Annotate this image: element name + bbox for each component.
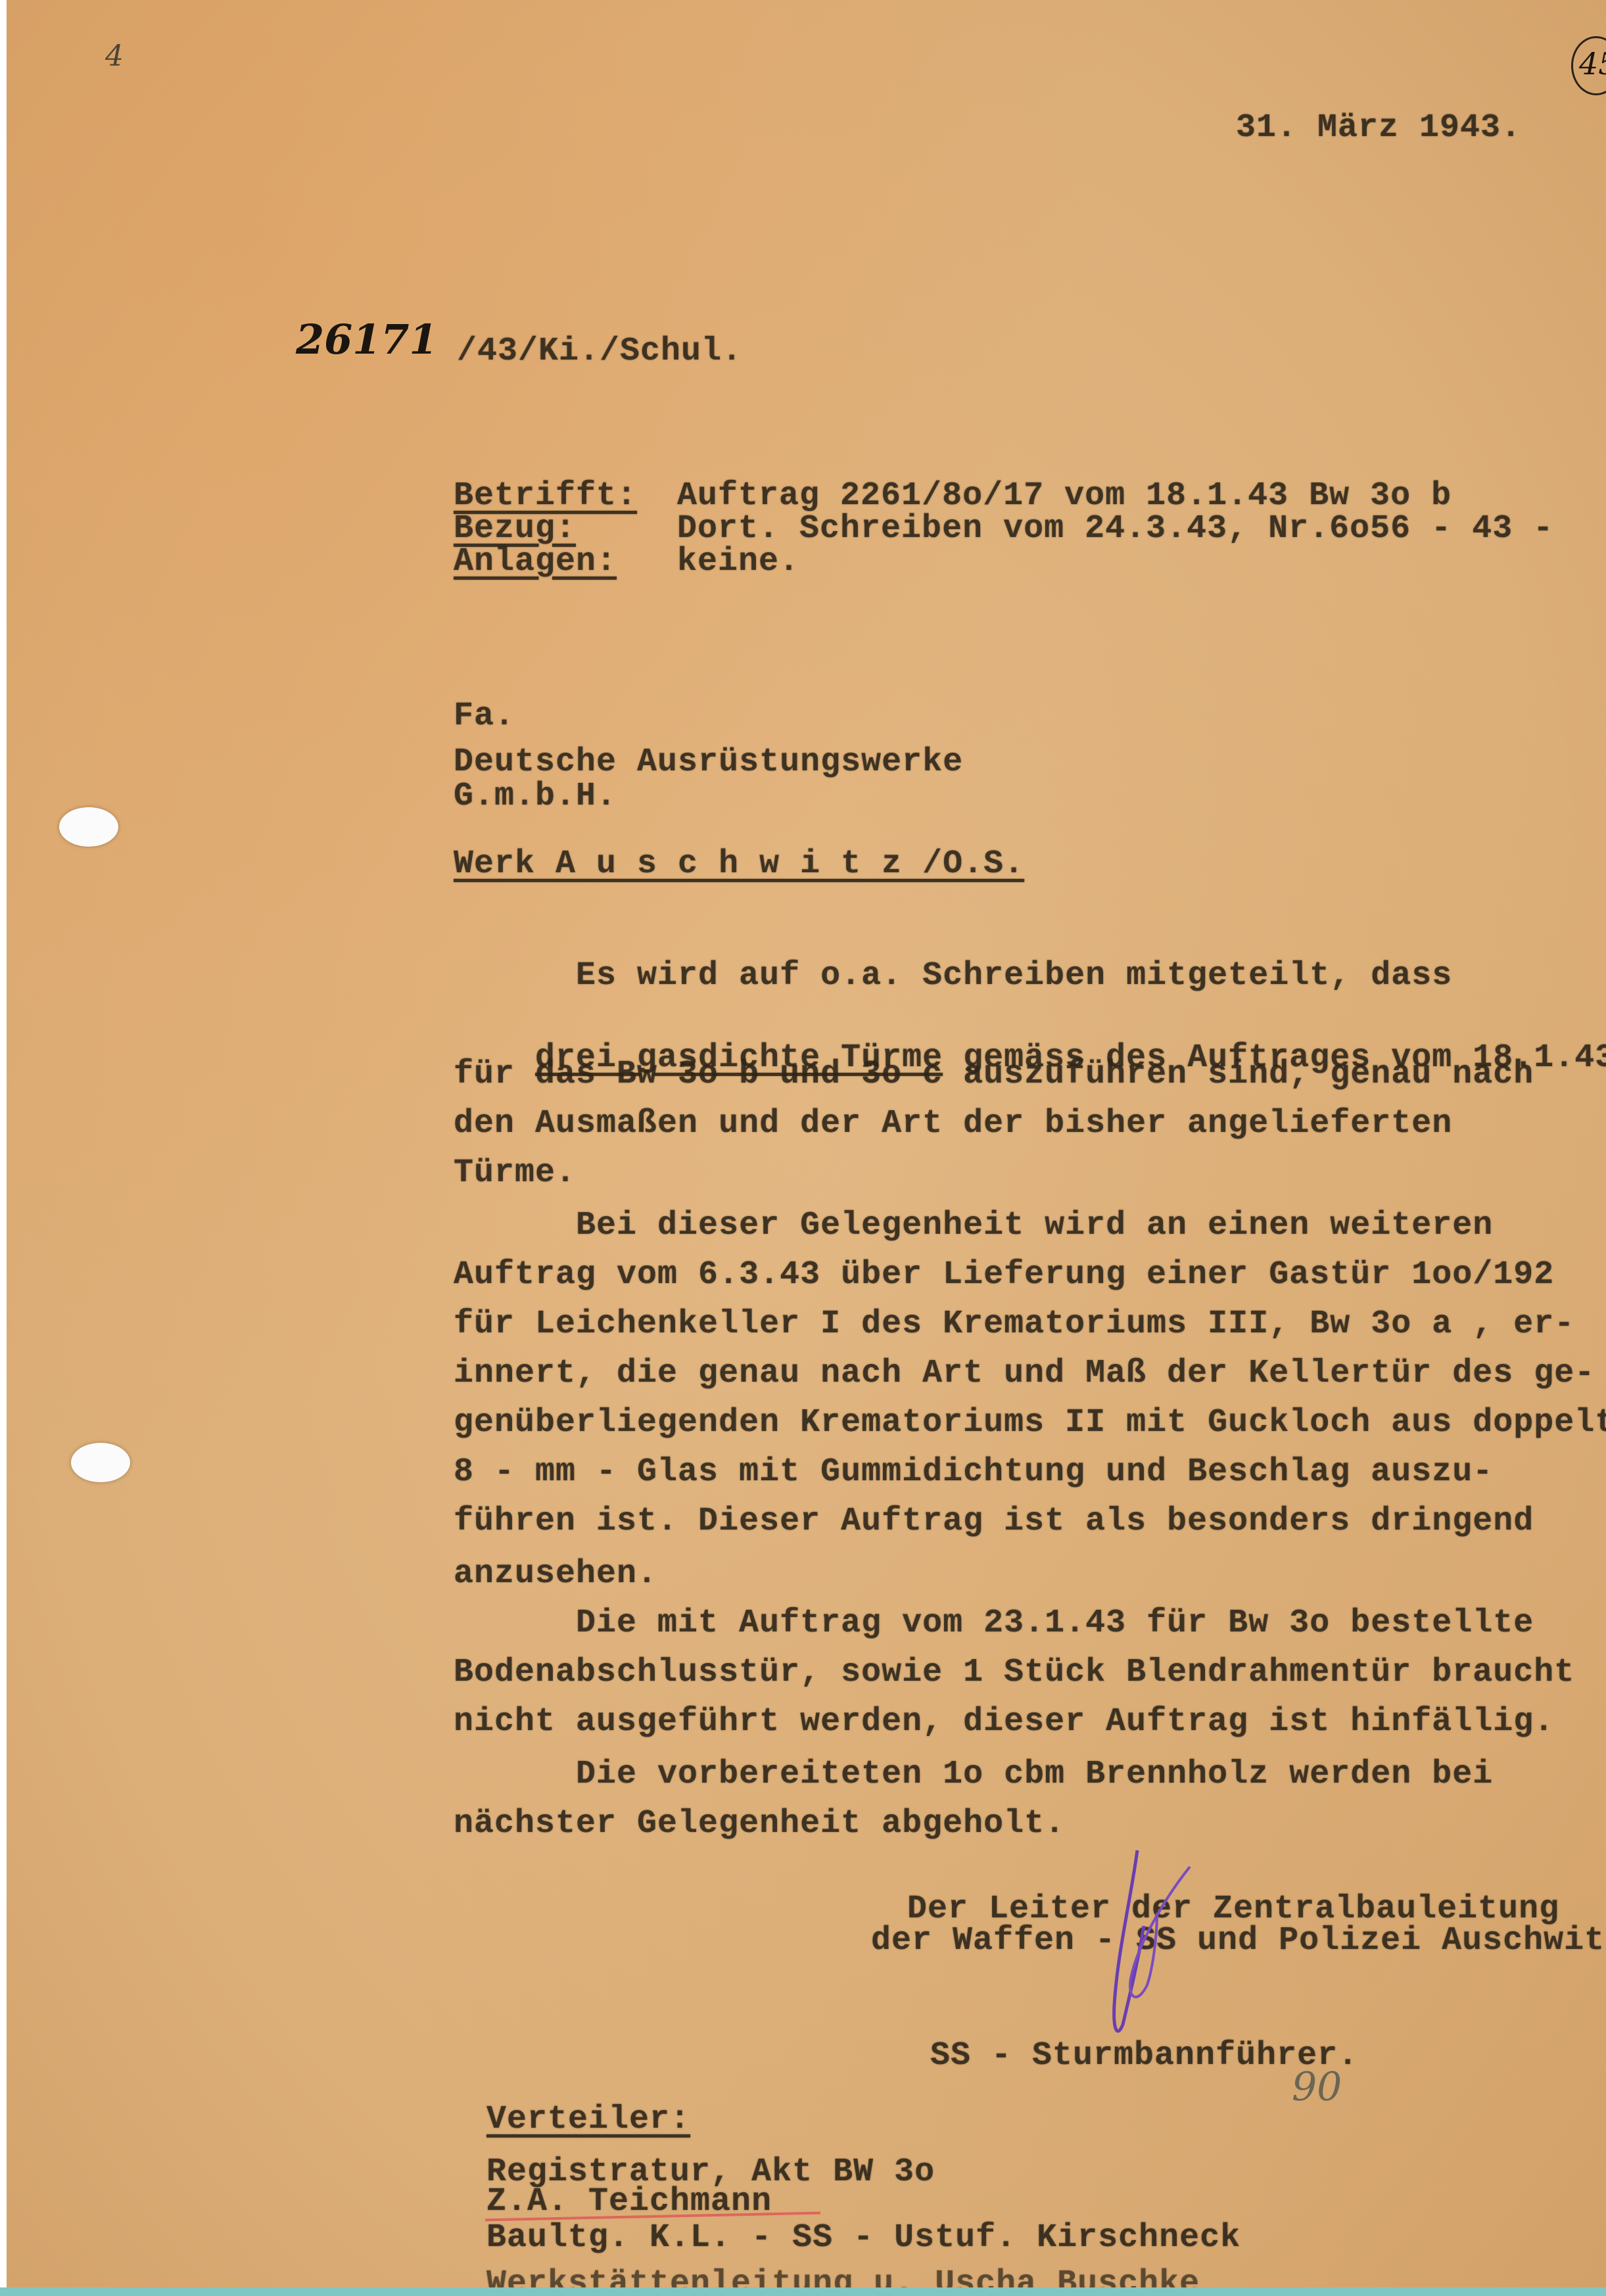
punch-hole-bottom xyxy=(71,1443,130,1482)
field-value-subject: Auftrag 2261/8o/17 vom 18.1.43 Bw 3o b xyxy=(677,480,1452,513)
body-line: anzusehen. xyxy=(454,1558,657,1591)
pencil-page-mark: 4 xyxy=(105,39,124,73)
body-line: nächster Gelegenheit abgeholt. xyxy=(454,1808,1065,1840)
field-value-attachments: keine. xyxy=(677,546,799,578)
handwritten-reference-number: 26171 xyxy=(296,316,438,363)
field-value-reference: Dort. Schreiben vom 24.3.43, Nr.6o56 - 4… xyxy=(677,513,1553,546)
signature-scrawl-icon xyxy=(1091,1847,1223,2044)
field-label-reference: Bezug: xyxy=(454,513,576,546)
recipient-location: Werk A u s c h w i t z /O.S. xyxy=(454,848,1024,881)
body-line: für das Bw 3o b und 3o c auszuführen sin… xyxy=(454,1058,1534,1091)
punch-hole-top xyxy=(59,807,118,847)
signature-title-line1: Der Leiter der Zentralbauleitung xyxy=(907,1893,1559,1926)
body-line: Bodenabschlusstür, sowie 1 Stück Blendra… xyxy=(454,1656,1574,1689)
recipient-company-form: G.m.b.H. xyxy=(454,780,617,813)
body-line: genüberliegenden Krematoriums II mit Guc… xyxy=(454,1407,1606,1440)
recipient-company: Deutsche Ausrüstungswerke xyxy=(454,746,963,779)
body-line: Die vorbereiteten 1o cbm Brennholz werde… xyxy=(454,1758,1493,1791)
body-line: nicht ausgeführt werden, dieser Auftrag … xyxy=(454,1706,1554,1739)
recipient-prefix: Fa. xyxy=(454,700,515,733)
body-line: den Ausmaßen und der Art der bisher ange… xyxy=(454,1108,1452,1140)
distribution-item: Baultg. K.L. - SS - Ustuf. Kirschneck xyxy=(486,2222,1240,2255)
field-label-attachments: Anlagen: xyxy=(454,546,617,578)
body-line: Die mit Auftrag vom 23.1.43 für Bw 3o be… xyxy=(454,1607,1534,1640)
body-line: Es wird auf o.a. Schreiben mitgeteilt, d… xyxy=(454,960,1452,993)
reference-suffix: /43/Ki./Schul. xyxy=(457,335,742,368)
body-line: innert, die genau nach Art und Maß der K… xyxy=(454,1357,1595,1390)
distribution-heading: Verteiler: xyxy=(486,2103,690,2136)
signature-title-line2: der Waffen - SS und Polizei Auschwitz xyxy=(871,1925,1606,1957)
pencil-initials: 90 xyxy=(1292,2064,1342,2110)
scan-edge xyxy=(0,2287,1606,2296)
field-label-subject: Betrifft: xyxy=(454,480,637,513)
body-line: Bei dieser Gelegenheit wird an einen wei… xyxy=(454,1209,1493,1242)
body-line: für Leichenkeller I des Krematoriums III… xyxy=(454,1308,1574,1341)
document-page: 4 45 31. März 1943. 26171 /43/Ki./Schul.… xyxy=(7,0,1606,2287)
body-line: 8 - mm - Glas mit Gummidichtung und Besc… xyxy=(454,1456,1493,1489)
document-date: 31. März 1943. xyxy=(1236,112,1521,145)
body-line: Türme. xyxy=(454,1157,576,1190)
folio-number: 45 xyxy=(1579,46,1606,82)
body-line: führen ist. Dieser Auftrag ist als beson… xyxy=(454,1505,1534,1538)
body-line: Auftrag vom 6.3.43 über Lieferung einer … xyxy=(454,1259,1554,1292)
